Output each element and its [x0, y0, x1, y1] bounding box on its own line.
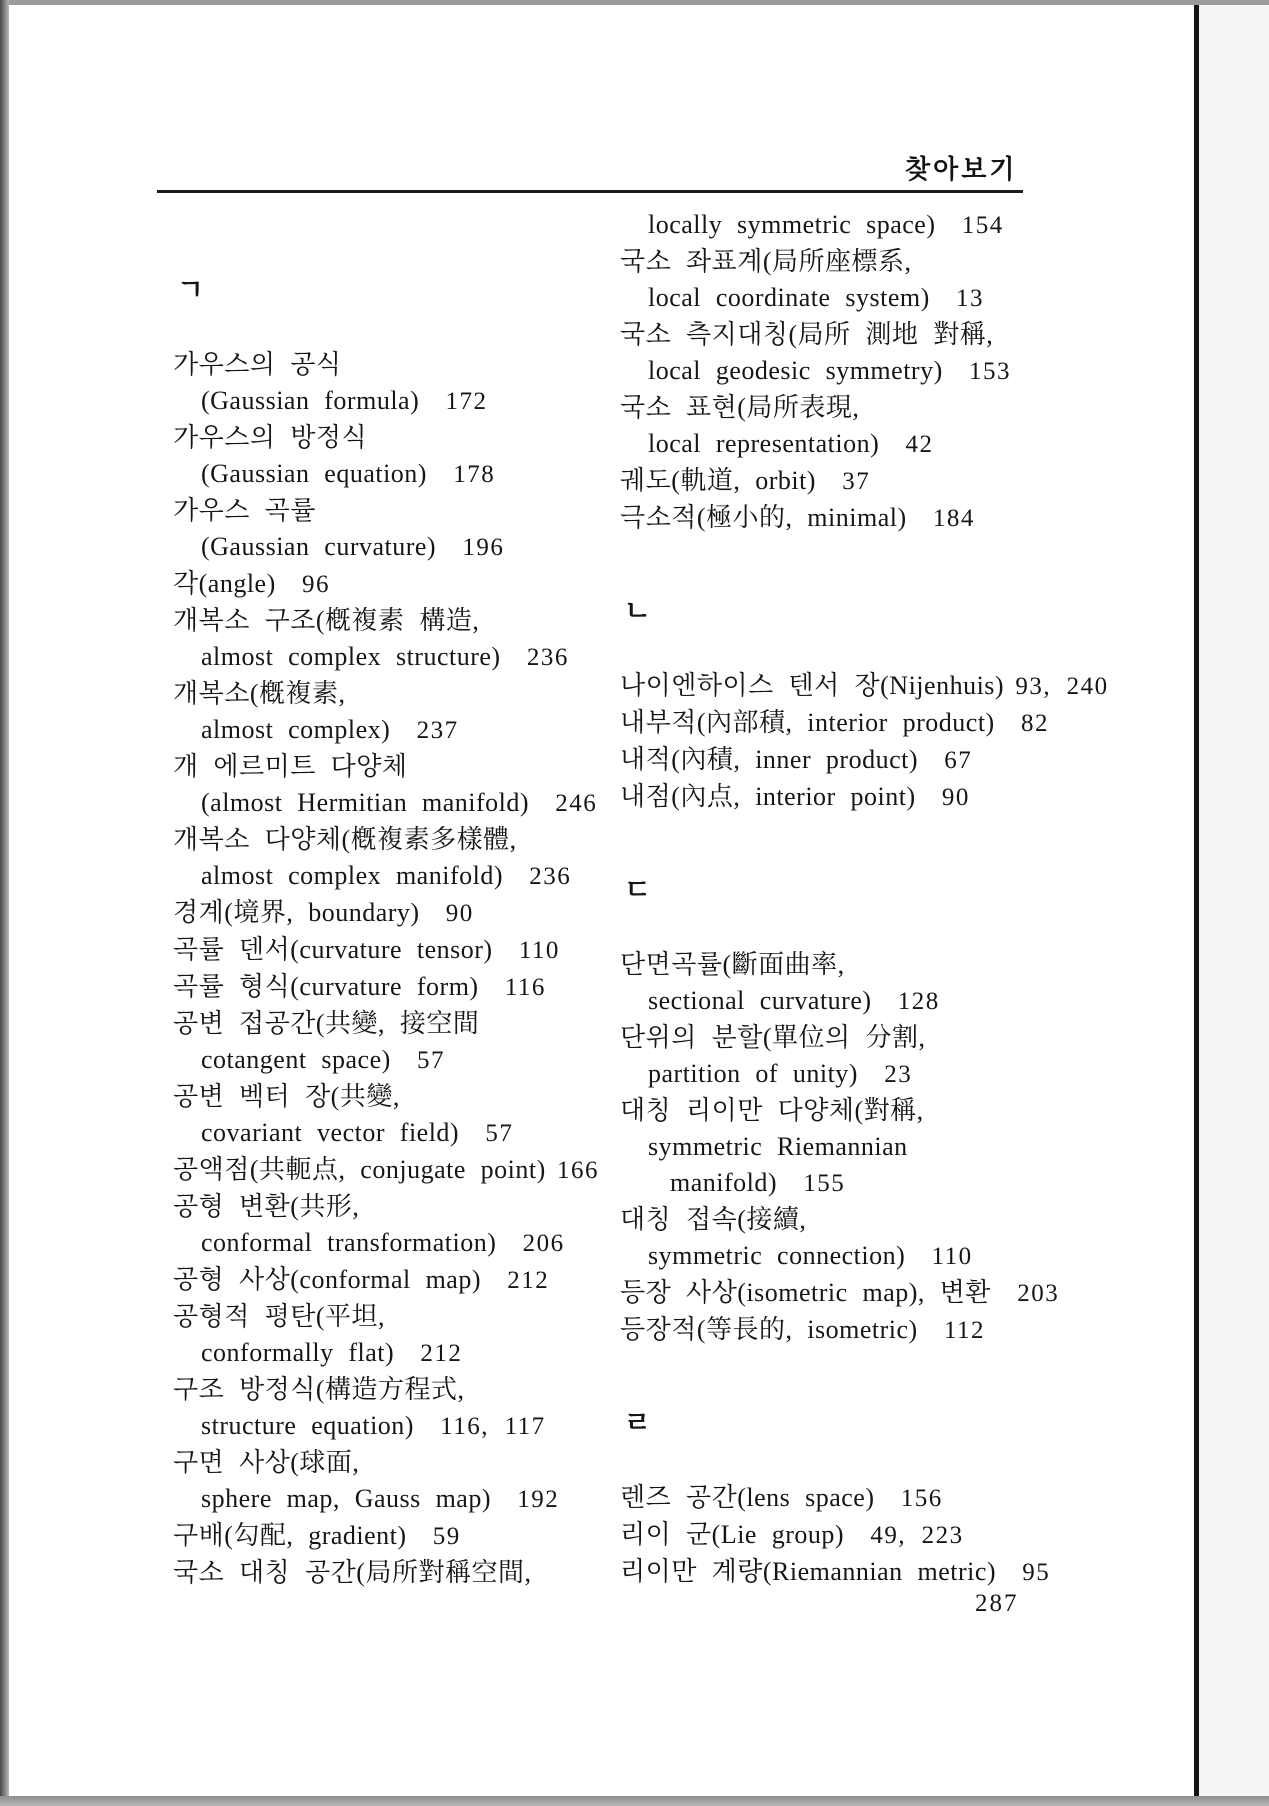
index-entry-line: 국소 대칭 공간(局所對稱空間,	[173, 1555, 628, 1591]
entry-text: 국소 좌표계(局所座標系,	[620, 247, 912, 276]
entry-text: covariant vector field)	[201, 1118, 459, 1147]
entry-text: 가우스의 공식	[173, 350, 342, 379]
entry-text: 리이 군(Lie group)	[620, 1520, 844, 1549]
index-entry-line: 단위의 분할(單位의 分割,	[620, 1020, 1090, 1056]
entry-text: structure equation)	[201, 1411, 414, 1440]
index-entry-line: 가우스의 공식	[173, 347, 628, 383]
entry-text: 국소 표현(局所表現,	[620, 393, 859, 422]
entry-text: 내점(內点, interior point)	[620, 782, 916, 811]
entry-page-number: 82	[1021, 710, 1049, 737]
index-entry-line: 구배(勾配, gradient)59	[173, 1518, 628, 1555]
entry-text: 구배(勾配, gradient)	[173, 1521, 407, 1550]
index-entry-line: 대칭 리이만 다양체(對稱,	[620, 1093, 1090, 1129]
index-entry-line: 개복소 구조(槪複素 構造,	[173, 603, 628, 639]
entry-page-number: 96	[302, 571, 330, 598]
index-entry-line: 등장 사상(isometric map), 변환203	[620, 1275, 1090, 1312]
entry-text: cotangent space)	[201, 1045, 391, 1074]
index-entry-line: local coordinate system)13	[620, 280, 1090, 317]
entry-page-number: 196	[462, 534, 504, 561]
page-number: 287	[975, 1590, 1019, 1618]
index-column-right: locally symmetric space)154국소 좌표계(局所座標系,…	[620, 207, 1090, 1591]
entry-text: 공액점(共軛点, conjugate point)	[173, 1155, 546, 1184]
entry-text: 개 에르미트 다양체	[173, 752, 408, 781]
entry-text: ㄴ	[624, 595, 652, 626]
entry-text: conformal transformation)	[201, 1228, 496, 1257]
entry-page-number: 203	[1017, 1280, 1059, 1307]
entry-text: 내적(內積, inner product)	[620, 745, 918, 774]
scan-edge-left	[0, 0, 9, 1806]
index-entry-line: 구조 방정식(構造方程式,	[173, 1372, 628, 1408]
entry-text: local coordinate system)	[648, 283, 930, 312]
index-entry-line: 리이만 계량(Riemannian metric)95	[620, 1554, 1090, 1591]
entry-text: 경계(境界, boundary)	[173, 898, 420, 927]
entry-text: 궤도(軌道, orbit)	[620, 466, 816, 495]
index-entry-line: 가우스의 방정식	[173, 420, 628, 456]
index-entry-line: partition of unity)23	[620, 1056, 1090, 1093]
index-entry-line: 각(angle)96	[173, 566, 628, 603]
entry-text: locally symmetric space)	[648, 210, 936, 239]
index-entry-line: sectional curvature)128	[620, 983, 1090, 1020]
entry-text: 공형 사상(conformal map)	[173, 1265, 481, 1294]
index-entry-line: 내적(內積, inner product)67	[620, 742, 1090, 779]
entry-page-number: 95	[1022, 1559, 1050, 1586]
index-entry-line: ㄷ	[624, 872, 1090, 908]
index-entry-line: local representation)42	[620, 426, 1090, 463]
entry-text: conformally flat)	[201, 1338, 394, 1367]
entry-text: (Gaussian curvature)	[201, 532, 436, 561]
index-entry-line: 공변 접공간(共變, 接空間	[173, 1006, 628, 1042]
index-entry-line: 개복소 다양체(槪複素多樣體,	[173, 822, 628, 858]
entry-page-number: 212	[420, 1340, 462, 1367]
entry-text: sectional curvature)	[648, 986, 872, 1015]
entry-text: partition of unity)	[648, 1059, 858, 1088]
index-entry-line: 궤도(軌道, orbit)37	[620, 463, 1090, 500]
entry-text: 구면 사상(球面,	[173, 1448, 359, 1477]
index-entry-line: 공형 사상(conformal map)212	[173, 1262, 628, 1299]
index-entry-line: covariant vector field)57	[173, 1115, 628, 1152]
index-entry-line: 곡률 덴서(curvature tensor)110	[173, 932, 628, 969]
entry-text: manifold)	[670, 1168, 777, 1197]
entry-page-number: 153	[969, 358, 1011, 385]
index-entry-line: manifold)155	[620, 1165, 1090, 1202]
index-entry-line: 공변 벡터 장(共變,	[173, 1079, 628, 1115]
index-entry-line: 렌즈 공간(lens space)156	[620, 1480, 1090, 1517]
entry-text: 국소 대칭 공간(局所對稱空間,	[173, 1558, 531, 1587]
entry-text: 나이엔하이스 텐서 장(Nijenhuis)	[620, 671, 1004, 700]
entry-page-number: 42	[906, 431, 934, 458]
entry-text: (Gaussian formula)	[201, 386, 419, 415]
entry-text: ㄷ	[624, 874, 652, 905]
entry-page-number: 184	[933, 505, 975, 532]
entry-text: 대칭 리이만 다양체(對稱,	[620, 1096, 924, 1125]
entry-text: 가우스의 방정식	[173, 423, 367, 452]
entry-text: 공형 변환(共形,	[173, 1192, 359, 1221]
entry-text: almost complex manifold)	[201, 861, 503, 890]
entry-text: 내부적(內部積, interior product)	[620, 708, 995, 737]
index-entry-line: 국소 측지대칭(局所 測地 對稱,	[620, 317, 1090, 353]
entry-page-number: 49, 223	[870, 1522, 963, 1549]
entry-page-number: 236	[527, 644, 569, 671]
entry-text: 리이만 계량(Riemannian metric)	[620, 1557, 996, 1586]
index-entry-line: 공형 변환(共形,	[173, 1189, 628, 1225]
entry-page-number: 237	[417, 717, 459, 744]
page-header-title: 찾아보기	[905, 149, 1025, 186]
entry-page-number: 236	[529, 863, 571, 890]
entry-text: 개복소 구조(槪複素 構造,	[173, 606, 479, 635]
index-entry-line: almost complex manifold)236	[173, 858, 628, 895]
entry-text: almost complex structure)	[201, 642, 501, 671]
index-entry-line: conformally flat)212	[173, 1335, 628, 1372]
index-entry-line: (Gaussian formula)172	[173, 383, 628, 420]
index-entry-line: almost complex)237	[173, 712, 628, 749]
entry-text: 개복소(槪複素,	[173, 679, 346, 708]
index-entry-line: 대칭 접속(接續,	[620, 1202, 1090, 1238]
entry-page-number: 93, 240	[1015, 673, 1108, 700]
entry-page-number: 90	[446, 900, 474, 927]
entry-page-number: 156	[901, 1485, 943, 1512]
index-entry-line: 개 에르미트 다양체	[173, 749, 628, 785]
index-entry-line: 구면 사상(球面,	[173, 1445, 628, 1481]
entry-text: 곡률 덴서(curvature tensor)	[173, 935, 493, 964]
index-entry-line: 국소 표현(局所表現,	[620, 390, 1090, 426]
entry-text: 공형적 평탄(平坦,	[173, 1302, 385, 1331]
index-entry-line: (Gaussian curvature)196	[173, 529, 628, 566]
index-entry-line: almost complex structure)236	[173, 639, 628, 676]
entry-page-number: 155	[803, 1170, 845, 1197]
entry-page-number: 116, 117	[440, 1413, 545, 1440]
entry-text: 개복소 다양체(槪複素多樣體,	[173, 825, 517, 854]
index-entry-line: sphere map, Gauss map)192	[173, 1481, 628, 1518]
entry-text: symmetric connection)	[648, 1241, 905, 1270]
index-entry-line: cotangent space)57	[173, 1042, 628, 1079]
entry-text: 단위의 분할(單位의 分割,	[620, 1023, 925, 1052]
scan-edge-bottom	[0, 1796, 1269, 1806]
entry-text: symmetric Riemannian	[648, 1132, 908, 1161]
entry-page-number: 112	[944, 1317, 985, 1344]
index-entry-line: 공형적 평탄(平坦,	[173, 1299, 628, 1335]
index-entry-line: 곡률 형식(curvature form)116	[173, 969, 628, 1006]
index-entry-line: 내부적(內部積, interior product)82	[620, 705, 1090, 742]
index-entry-line: local geodesic symmetry)153	[620, 353, 1090, 390]
entry-page-number: 23	[884, 1061, 912, 1088]
entry-page-number: 192	[517, 1486, 559, 1513]
entry-text: local representation)	[648, 429, 879, 458]
entry-page-number: 37	[842, 468, 870, 495]
entry-page-number: 166	[557, 1157, 599, 1184]
entry-text: 곡률 형식(curvature form)	[173, 972, 479, 1001]
entry-text: 렌즈 공간(lens space)	[620, 1483, 875, 1512]
index-entry-line: locally symmetric space)154	[620, 207, 1090, 244]
entry-page-number: 246	[555, 790, 597, 817]
index-entry-line: (Gaussian equation)178	[173, 456, 628, 493]
entry-page-number: 57	[485, 1120, 513, 1147]
entry-text: 공변 벡터 장(共變,	[173, 1082, 400, 1111]
index-entry-line: structure equation)116, 117	[173, 1408, 628, 1445]
index-entry-line: ㄹ	[624, 1405, 1090, 1441]
index-entry-line: 경계(境界, boundary)90	[173, 895, 628, 932]
entry-page-number: 172	[446, 388, 488, 415]
entry-text: (almost Hermitian manifold)	[201, 788, 529, 817]
index-entry-line: 가우스 곡률	[173, 493, 628, 529]
index-entry-line: ㄴ	[624, 593, 1090, 629]
index-entry-line: 나이엔하이스 텐서 장(Nijenhuis)93, 240	[620, 668, 1090, 705]
entry-text: 각(angle)	[173, 569, 276, 598]
entry-text: 공변 접공간(共變, 接空間	[173, 1009, 479, 1038]
index-entry-line: 개복소(槪複素,	[173, 676, 628, 712]
entry-text: 극소적(極小的, minimal)	[620, 503, 907, 532]
index-entry-line: symmetric connection)110	[620, 1238, 1090, 1275]
entry-page-number: 154	[962, 212, 1004, 239]
entry-text: 등장 사상(isometric map), 변환	[620, 1278, 991, 1307]
entry-page-number: 206	[523, 1230, 565, 1257]
index-entry-line: 내점(內点, interior point)90	[620, 779, 1090, 816]
entry-text: 구조 방정식(構造方程式,	[173, 1375, 465, 1404]
entry-text: 대칭 접속(接續,	[620, 1205, 806, 1234]
header-rule	[157, 190, 1023, 193]
entry-page-number: 13	[956, 285, 984, 312]
entry-page-number: 178	[453, 461, 495, 488]
entry-text: 국소 측지대칭(局所 測地 對稱,	[620, 320, 993, 349]
entry-text: (Gaussian equation)	[201, 459, 427, 488]
entry-page-number: 67	[944, 747, 972, 774]
entry-page-number: 110	[932, 1243, 973, 1270]
index-entry-line: 국소 좌표계(局所座標系,	[620, 244, 1090, 280]
entry-text: 가우스 곡률	[173, 496, 316, 525]
index-entry-line: 공액점(共軛点, conjugate point)166	[173, 1152, 628, 1189]
index-entry-line: ㄱ	[177, 272, 628, 308]
entry-text: sphere map, Gauss map)	[201, 1484, 491, 1513]
entry-page-number: 110	[519, 937, 560, 964]
entry-page-number: 57	[417, 1047, 445, 1074]
entry-page-number: 128	[898, 988, 940, 1015]
entry-page-number: 116	[505, 974, 546, 1001]
index-column-left: ㄱ가우스의 공식(Gaussian formula)172가우스의 방정식(Ga…	[173, 272, 628, 1591]
index-entry-line: 단면곡률(斷面曲率,	[620, 947, 1090, 983]
entry-text: ㄱ	[177, 274, 205, 305]
entry-page-number: 90	[942, 784, 970, 811]
entry-text: almost complex)	[201, 715, 390, 744]
index-entry-line: (almost Hermitian manifold)246	[173, 785, 628, 822]
entry-text: ㄹ	[624, 1407, 652, 1438]
entry-text: 단면곡률(斷面曲率,	[620, 950, 845, 979]
index-entry-line: 등장적(等長的, isometric)112	[620, 1312, 1090, 1349]
index-entry-line: conformal transformation)206	[173, 1225, 628, 1262]
entry-text: 등장적(等長的, isometric)	[620, 1315, 918, 1344]
entry-page-number: 59	[433, 1523, 461, 1550]
entry-page-number: 212	[507, 1267, 549, 1294]
entry-text: local geodesic symmetry)	[648, 356, 943, 385]
index-entry-line: 극소적(極小的, minimal)184	[620, 500, 1090, 537]
index-entry-line: symmetric Riemannian	[620, 1129, 1090, 1165]
index-entry-line: 리이 군(Lie group)49, 223	[620, 1517, 1090, 1554]
